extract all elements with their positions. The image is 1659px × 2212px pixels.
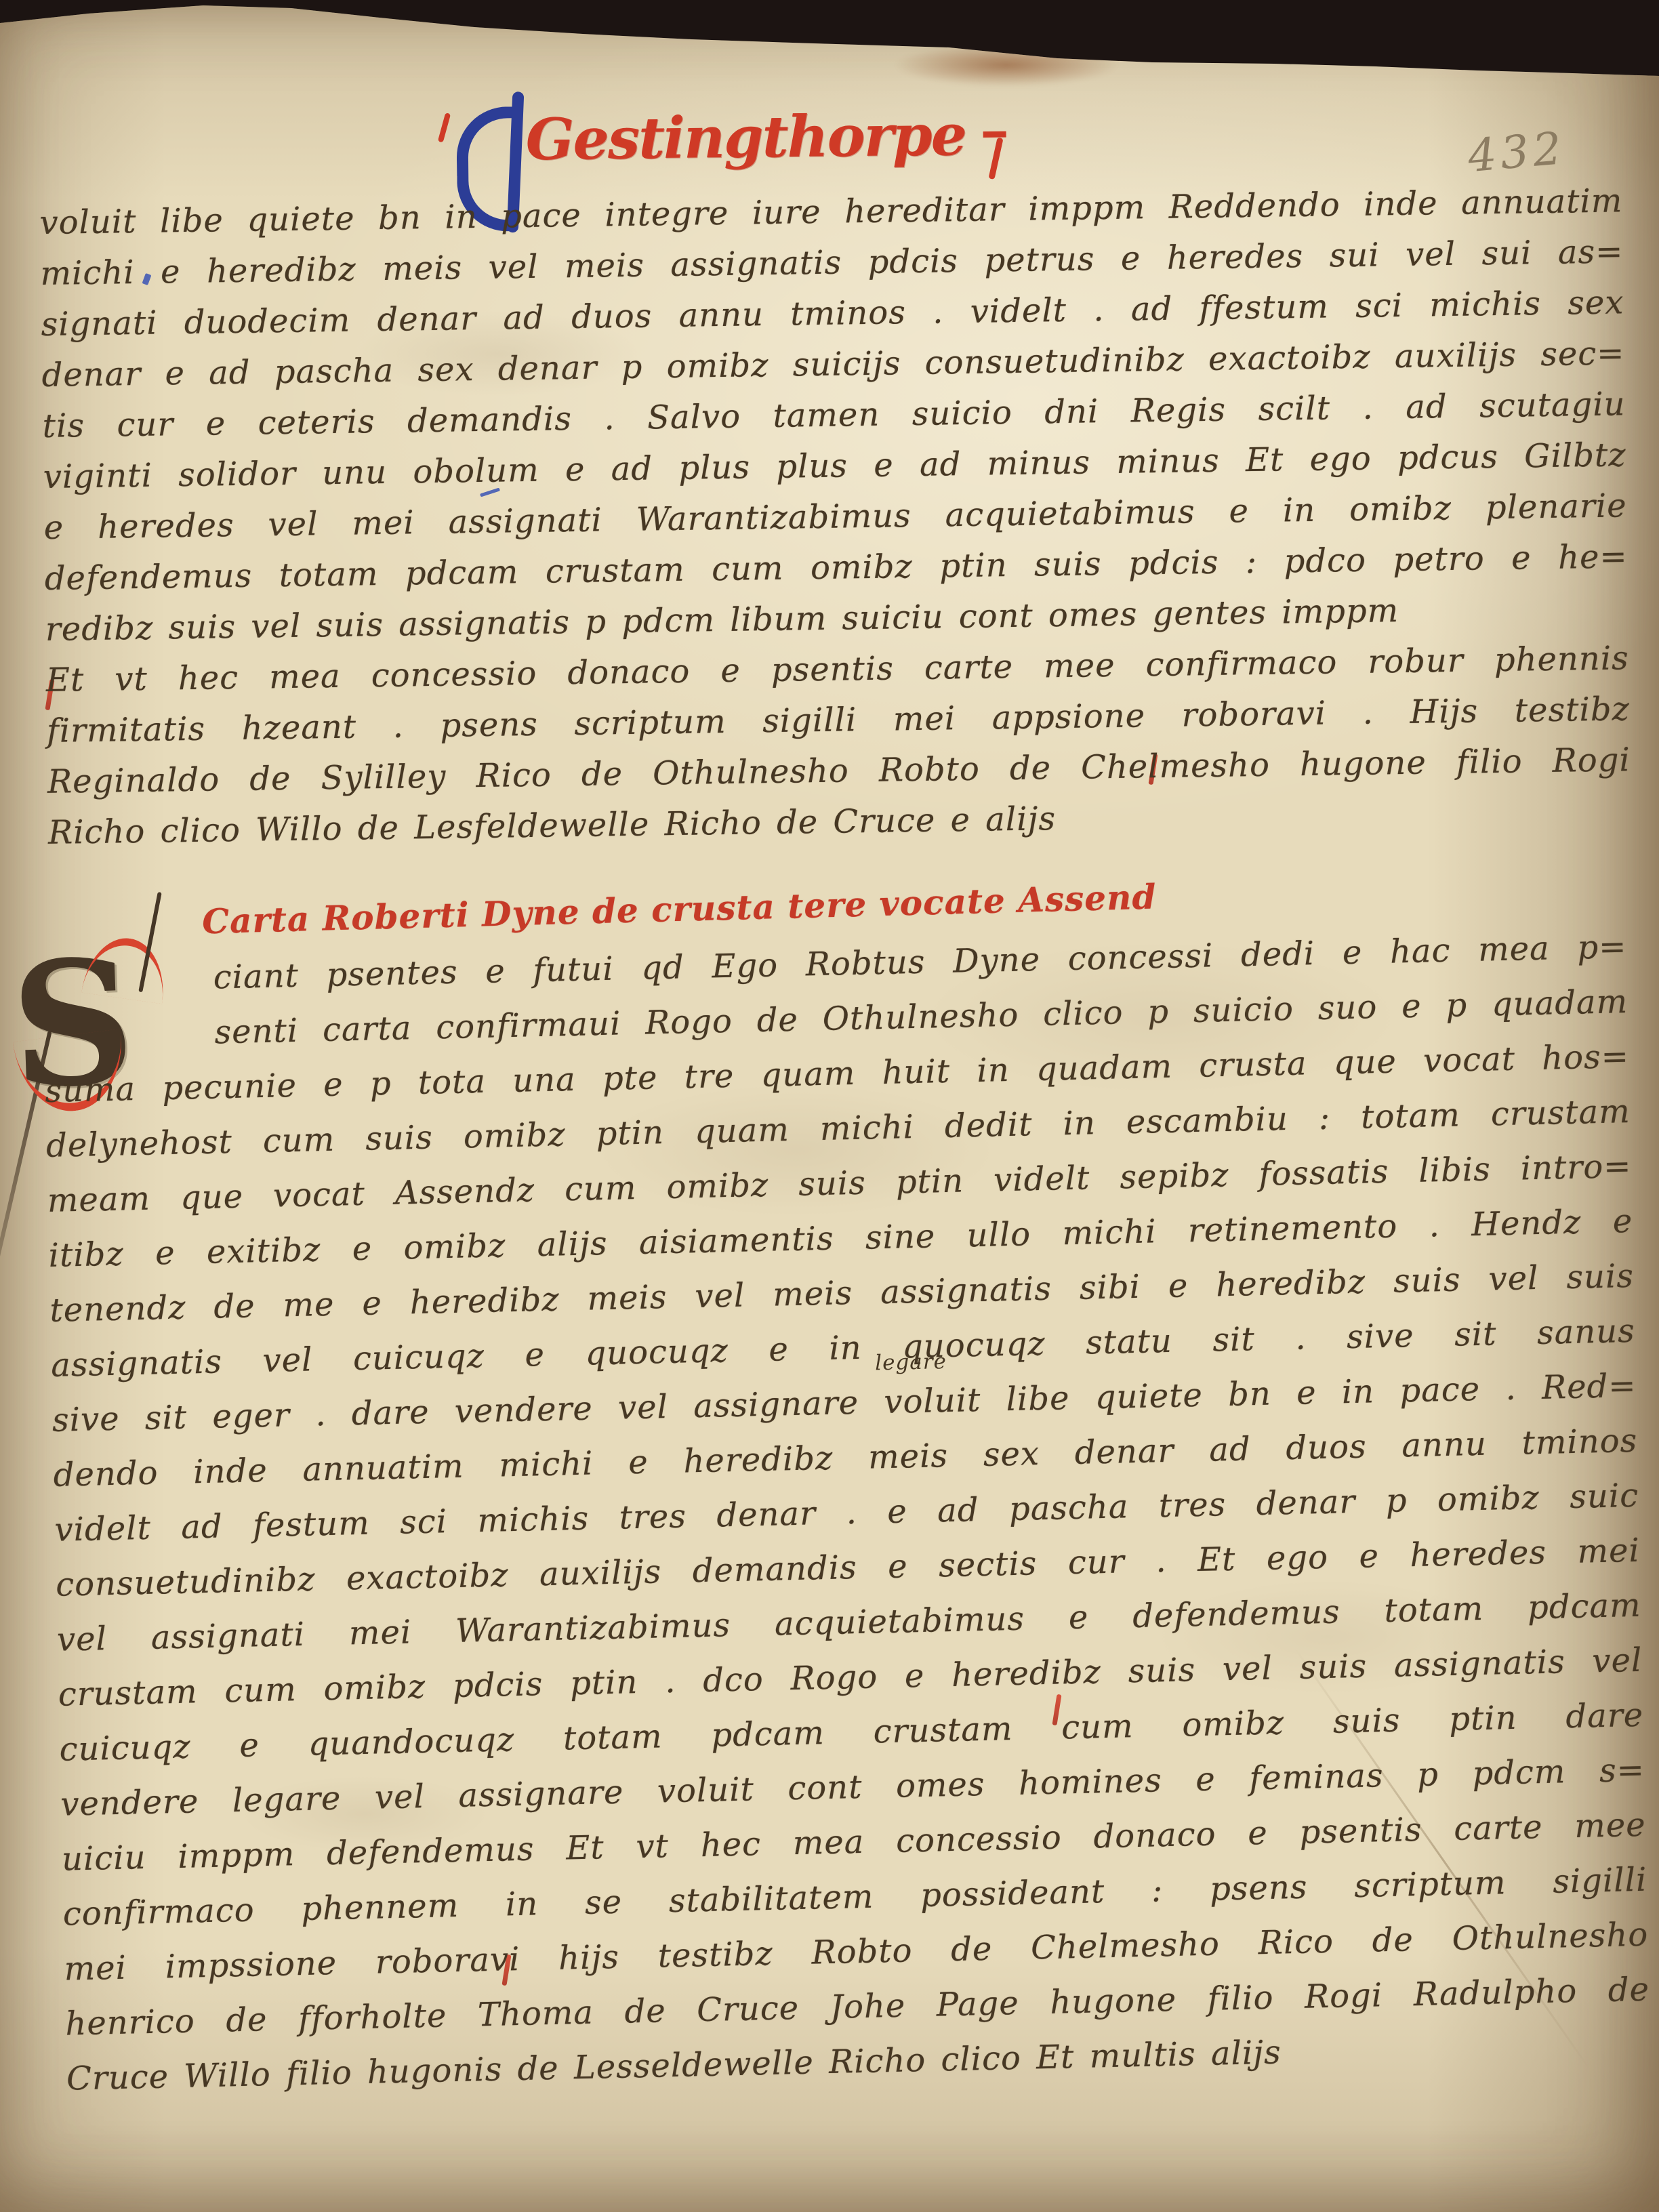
red-tick-icon <box>438 112 451 143</box>
rust-stain <box>895 43 1118 87</box>
manuscript-page: Gestingthorpe 432 voluit libe quiete bn … <box>0 0 1659 2212</box>
charter-text-block-2: ciant psentes e futui qd Ego Robtus Dyne… <box>42 920 1652 2107</box>
interlinear-insertion: legare <box>875 1349 947 1375</box>
folio-number: 432 <box>1466 122 1568 182</box>
rubric-heading: Carta Roberti Dyne de crusta tere vocate… <box>201 877 1151 942</box>
title-flourish-icon <box>983 131 1007 185</box>
page-title: Gestingthorpe <box>525 84 966 190</box>
charter-text-block-1: voluit libe quiete bn in pace integre iu… <box>39 176 1631 859</box>
